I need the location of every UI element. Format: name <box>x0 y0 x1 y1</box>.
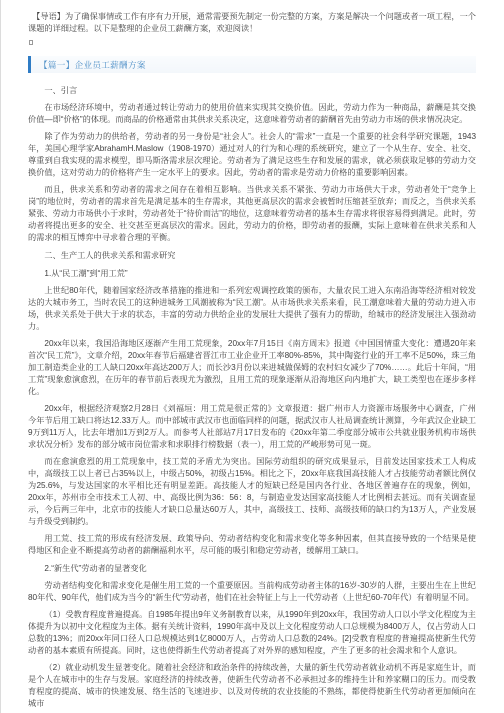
paragraph: （2）就业动机发生显著变化。随着社会经济和政治条件的持续改善，大量的新生代劳动者… <box>28 662 476 710</box>
paragraph: 劳动者结构变化和需求变化是催生用工荒的一个重要原因。当前构成劳动者主体的16岁-… <box>28 580 476 604</box>
paragraph: 在市场经济环境中，劳动者通过转让劳动力的使用价值来实现其交换价值。因此，劳动力作… <box>28 102 476 126</box>
article-page: 【导语】为了确保事情或工作有序有力开展，通常需要预先制定一份完整的方案，方案是解… <box>0 0 504 713</box>
paragraph: 20xx年，根据经济观察2月28日《刘福垣：用工荒是很正常的》文章报道：据广州市… <box>28 403 476 451</box>
paragraph: 20xx年以来，我国沿海地区逐渐产生用工荒现象，20xx年7月15日《南方周末》… <box>28 338 476 398</box>
subheading-2: 2.“新生代”劳动者的显著变化 <box>28 563 476 575</box>
subheading-1: 1.从“民工潮”到“用工荒” <box>28 268 476 280</box>
paragraph: 除了作为劳动力的供给者，劳动者的另一身份是“社会人”。社会人的“需求”一直是一个… <box>28 131 476 179</box>
paragraph: 上世纪80年代，随着国家经济改革措施的推进和一系列宏观调控政策的颁布，大量农民工… <box>28 285 476 333</box>
heading-introduction: 一、引言 <box>28 85 476 97</box>
lead-paragraph: 【导语】为了确保事情或工作有序有力开展，通常需要预先制定一份完整的方案，方案是解… <box>28 11 476 35</box>
section-banner: 【篇一】企业员工薪酬方案 <box>28 56 476 73</box>
missing-glyph-artifact <box>29 40 33 45</box>
paragraph: （1）受教育程度普遍提高。自1985年提出9年义务制教育以来，从1990年到20… <box>28 609 476 657</box>
paragraph: 而在愈演愈烈的用工荒现象中，技工荒的矛盾尤为突出。国际劳动组织的研究成果显示，目… <box>28 456 476 528</box>
heading-section-2: 二、生产工人的供求关系和需求研究 <box>28 250 476 262</box>
paragraph: 而且，供求关系和劳动者的需求之间存在着相互影响。当供求关系不紧张、劳动力市场供大… <box>28 184 476 244</box>
paragraph: 用工荒、技工荒的形成有经济发展、政策导向、劳动者结构变化和需求变化等多种因素，但… <box>28 533 476 557</box>
section-banner-label: 【篇一】企业员工薪酬方案 <box>31 59 146 71</box>
